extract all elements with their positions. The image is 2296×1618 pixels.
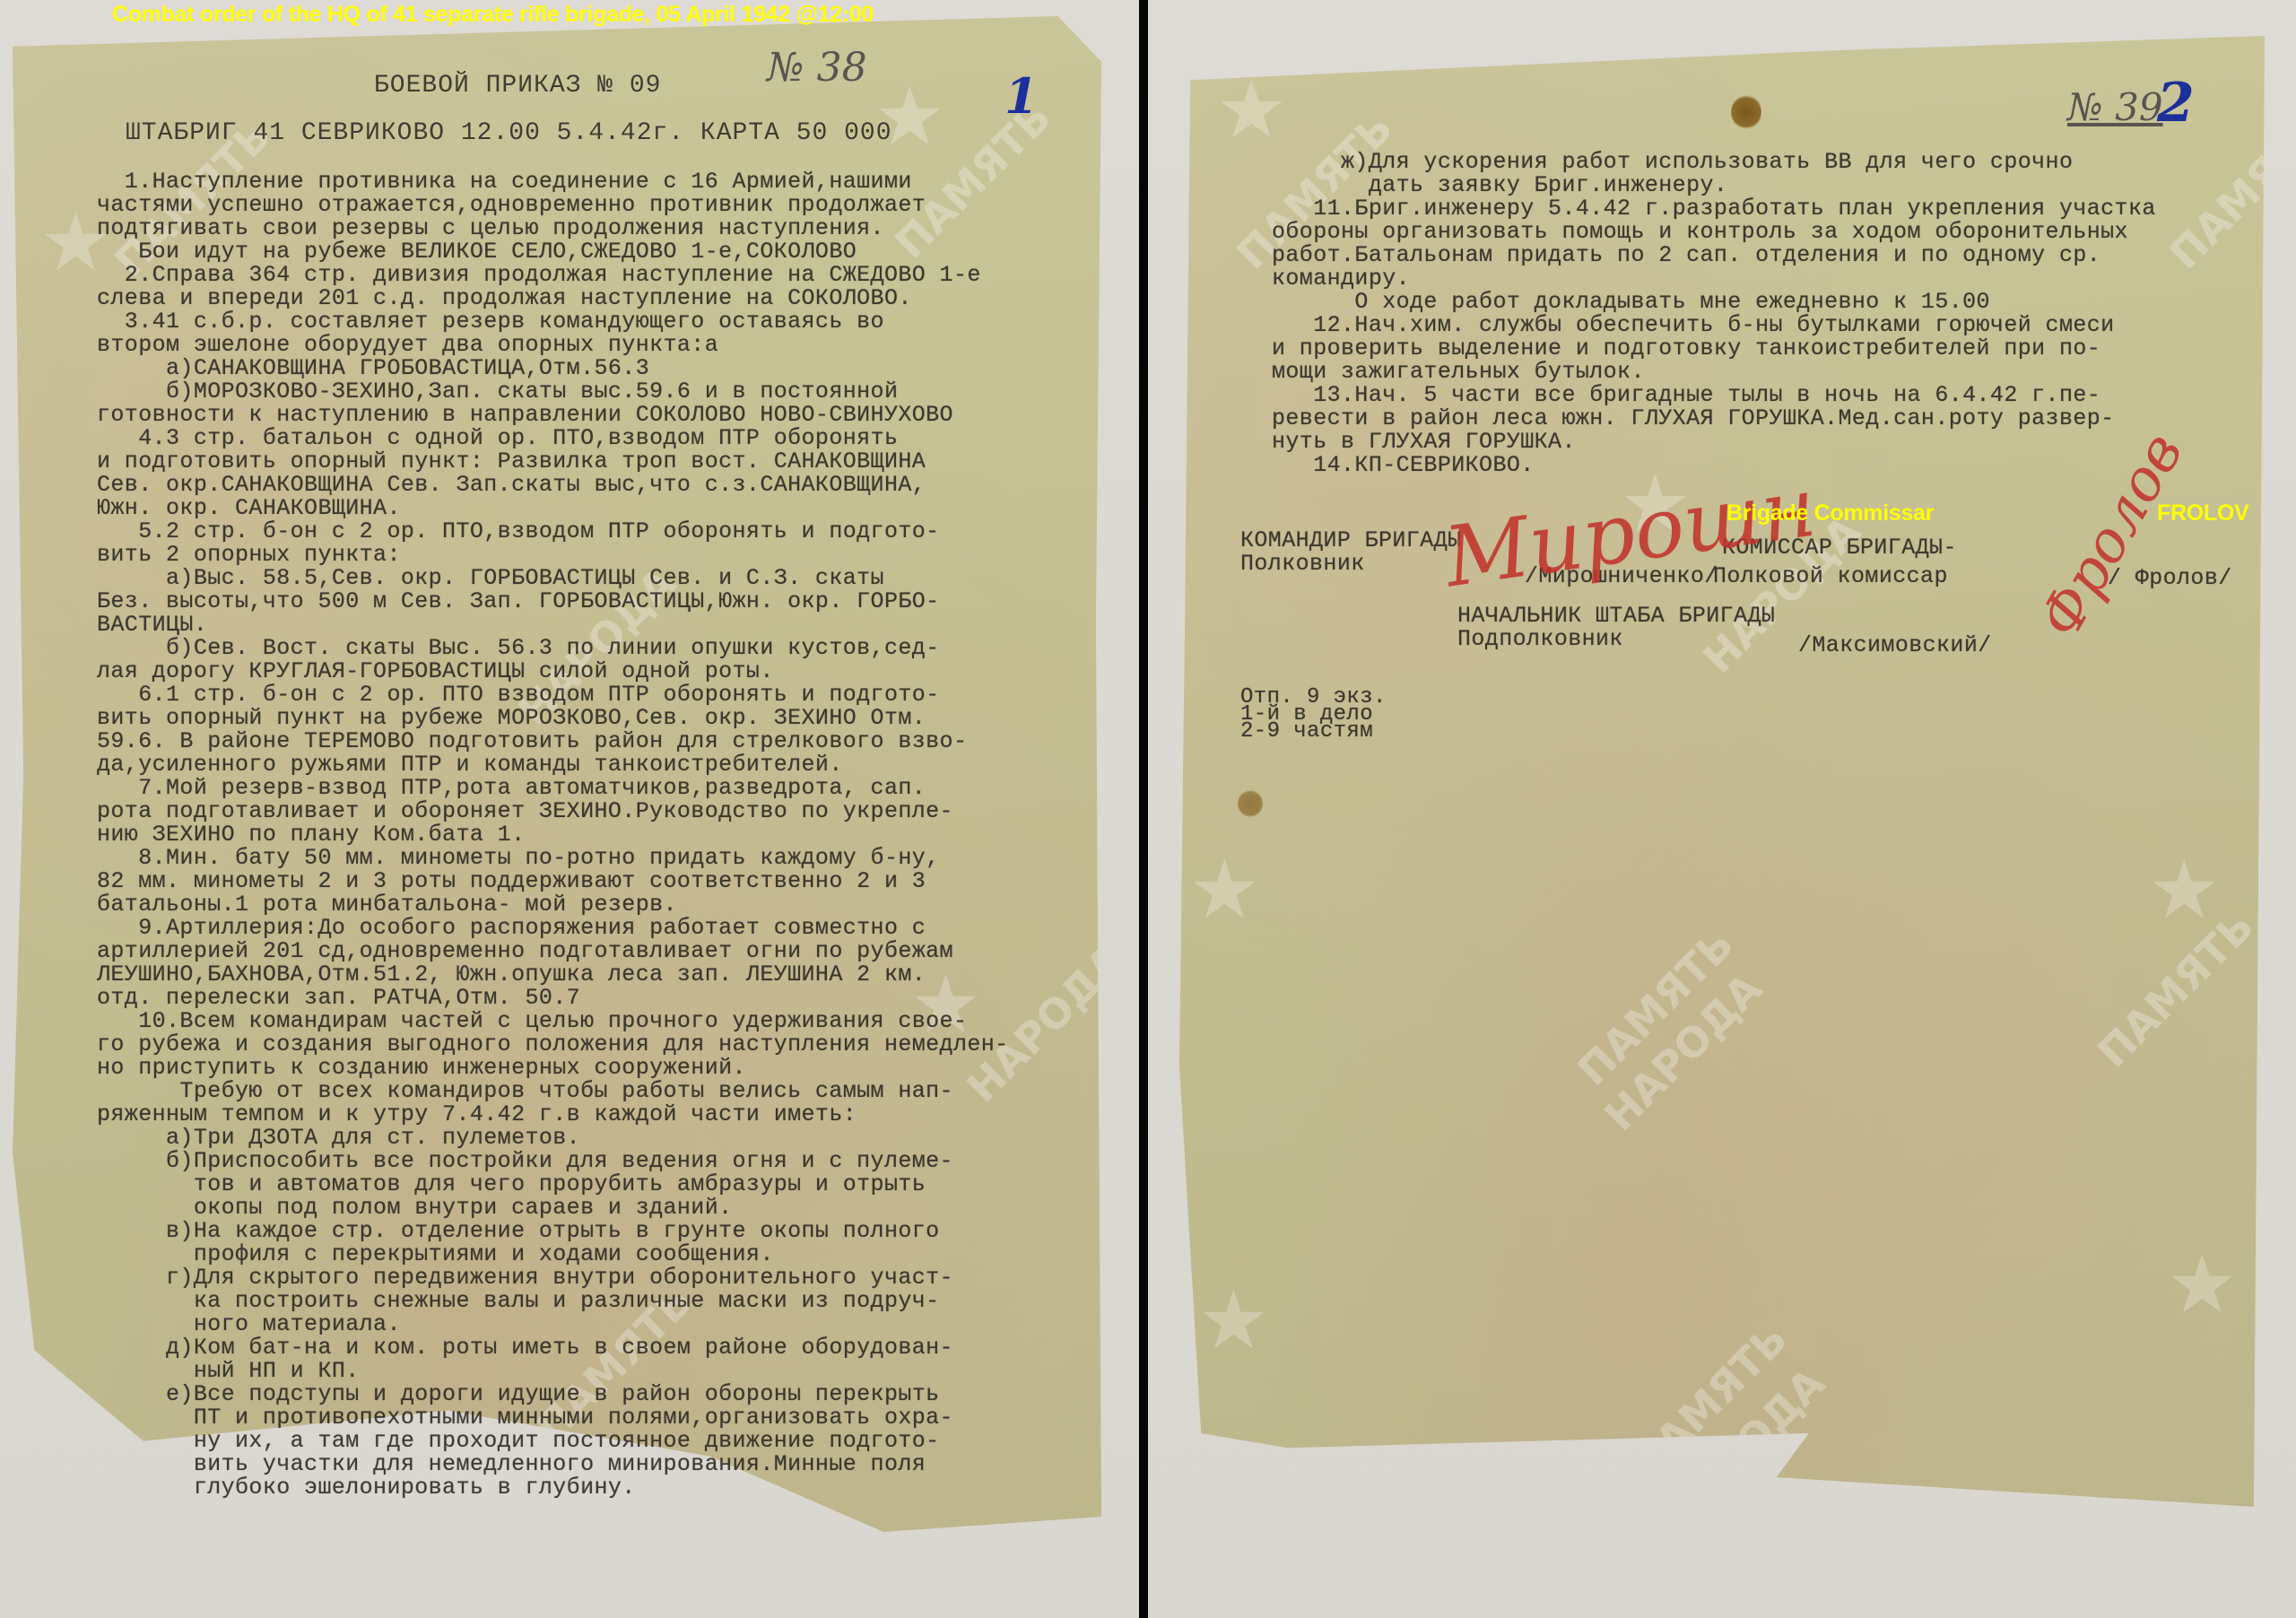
chief-of-staff-name: /Максимовский/ — [1798, 634, 1992, 657]
text-line: глубоко эшелонировать в глубину. — [97, 1476, 1009, 1500]
watermark-text: ПАМЯТЬ — [1570, 922, 1740, 1092]
text-line: ЛЕУШИНО,БАХНОВА,Отм.51.2, Южн.опушка лес… — [97, 963, 1009, 987]
page-divider — [1139, 0, 1148, 1618]
text-line: ВАСТИЦЫ. — [97, 613, 1009, 637]
text-line: и проверить выделение и подготовку танко… — [1272, 337, 2156, 361]
text-line: го рубежа и создания выгодного положения… — [97, 1033, 1009, 1057]
text-line: рота подготавливает и обороняет ЗЕХИНО.Р… — [97, 800, 1009, 823]
text-line: 6.1 стр. б-он с 2 ор. ПТО взводом ПТР об… — [97, 683, 1009, 707]
caption-header: Combat order of the HQ of 41 separate ri… — [112, 2, 874, 28]
watermark-star-icon: ★ — [1188, 843, 1261, 937]
ink-stain — [1731, 94, 1761, 130]
ink-stain — [1238, 789, 1263, 818]
text-line: Без. высоты,что 500 м Сев. Зап. ГОРБОВАС… — [97, 590, 1009, 613]
text-line: б)Приспособить все постройки для ведения… — [97, 1150, 1009, 1173]
text-line: командиру. — [1272, 267, 2156, 291]
page-2-body: ж)Для ускорения работ использовать ВВ дл… — [1272, 151, 2156, 477]
text-line: да,усиленного ружьями ПТР и команды танк… — [97, 753, 1009, 777]
text-line: 1.Наступление противника на соединение с… — [97, 170, 1009, 194]
text-line: вить опорный пункт на рубеже МОРОЗКОВО,С… — [97, 707, 1009, 730]
caption-commissar-name: FROLOV — [2157, 500, 2248, 526]
text-line: артиллерией 201 сд,одновременно подготав… — [97, 940, 1009, 963]
text-line: отд. перелески зап. РАТЧА,Отм. 50.7 — [97, 987, 1009, 1010]
text-line: 3.41 с.б.р. составляет резерв командующе… — [97, 310, 1009, 334]
text-line: 7.Мой резерв-взвод ПТР,рота автоматчиков… — [97, 777, 1009, 800]
watermark-star-icon: ★ — [874, 70, 946, 164]
text-line: ПТ и противопехотными минными полями,орг… — [97, 1406, 1009, 1430]
text-line: нуть в ГЛУХАЯ ГОРУШКА. — [1272, 431, 2156, 454]
order-header-line: ШТАБРИГ 41 СЕВРИКОВО 12.00 5.4.42г. КАРТ… — [126, 119, 892, 147]
text-line: вить 2 опорных пункта: — [97, 544, 1009, 567]
text-line: ного материала. — [97, 1313, 1009, 1336]
text-line: втором эшелоне оборудует два опорных пун… — [97, 334, 1009, 357]
text-line: обороны организовать помощь и контроль з… — [1272, 221, 2156, 244]
text-line: частями успешно отражается,одновременно … — [97, 194, 1009, 217]
chief-of-staff-rank: Подполковник — [1457, 628, 1623, 651]
text-line: 82 мм. минометы 2 и 3 роты поддерживают … — [97, 870, 1009, 893]
text-line: 12.Нач.хим. службы обеспечить б-ны бутыл… — [1272, 314, 2156, 337]
text-line: вить участки для немедленного минировани… — [97, 1453, 1009, 1476]
text-line: г)Для скрытого передвижения внутри оборо… — [97, 1266, 1009, 1290]
archive-number: № 39 — [2067, 85, 2163, 129]
text-line: а)Выс. 58.5,Сев. окр. ГОРБОВАСТИЦЫ Сев. … — [97, 567, 1009, 590]
page-mark: 1 — [1004, 67, 1039, 125]
text-line: дать заявку Бриг.инженеру. — [1272, 174, 2156, 197]
text-line: в)На каждое стр. отделение отрыть в грун… — [97, 1220, 1009, 1243]
text-line: 9.Артиллерия:До особого распоряжения раб… — [97, 917, 1009, 940]
archive-number: № 38 — [767, 45, 867, 91]
text-line: ряженным темпом и к утру 7.4.42 г.в кажд… — [97, 1103, 1009, 1127]
text-line: батальоны.1 рота минбатальона- мой резер… — [97, 893, 1009, 917]
text-line: ный НП и КП. — [97, 1360, 1009, 1383]
commander-rank: Полковник — [1240, 552, 1365, 576]
text-line: ревести в район леса южн. ГЛУХАЯ ГОРУШКА… — [1272, 407, 2156, 431]
text-line: Южн. окр. САНАКОВЩИНА. — [97, 497, 1009, 520]
watermark-star-icon: ★ — [1197, 1274, 1270, 1368]
text-line: б)Сев. Вост. скаты Выс. 56.3 по линии оп… — [97, 637, 1009, 660]
text-line: 13.Нач. 5 части все бригадные тылы в ноч… — [1272, 384, 2156, 407]
caption-commissar-label: Brigade Commissar — [1726, 500, 1934, 526]
text-line: готовности к наступлению в направлении С… — [97, 404, 1009, 427]
text-line: а)САНАКОВЩИНА ГРОБОВАСТИЦА,Отм.56.3 — [97, 357, 1009, 380]
text-line: О ходе работ докладывать мне ежедневно к… — [1272, 291, 2156, 314]
text-line: 5.2 стр. б-он с 2 ор. ПТО,взводом ПТР об… — [97, 520, 1009, 544]
text-line: работ.Батальонам придать по 2 сап. отдел… — [1272, 244, 2156, 267]
text-line: а)Три ДЗОТА для ст. пулеметов. — [97, 1127, 1009, 1150]
text-line: 8.Мин. бату 50 мм. минометы по-ротно при… — [97, 847, 1009, 870]
order-title: БОЕВОЙ ПРИКАЗ № 09 — [374, 72, 661, 100]
commissar-rank: Полковой комиссар — [1713, 565, 1948, 588]
page-1-body: 1.Наступление противника на соединение с… — [97, 170, 1009, 1500]
text-line: профиля с перекрытиями и ходами сообщени… — [97, 1243, 1009, 1266]
text-line: лая дорогу КРУГЛАЯ-ГОРБОВАСТИЦЫ силой од… — [97, 660, 1009, 683]
text-line: е)Все подступы и дороги идущие в район о… — [97, 1383, 1009, 1406]
text-line: слева и впереди 201 с.д. продолжая насту… — [97, 287, 1009, 310]
text-line: 59.6. В районе ТЕРЕМОВО подготовить райо… — [97, 730, 1009, 753]
text-line: ну их, а там где проходит постоянное дви… — [97, 1430, 1009, 1453]
text-line: д)Ком бат-на и ком. роты иметь в своем р… — [97, 1336, 1009, 1360]
watermark-text: НАРОДА — [1597, 967, 1769, 1138]
text-line: ж)Для ускорения работ использовать ВВ дл… — [1272, 151, 2156, 174]
text-line: Бои идут на рубеже ВЕЛИКОЕ СЕЛО,СЖЕДОВО … — [97, 240, 1009, 264]
chief-of-staff-title: НАЧАЛЬНИК ШТАБА БРИГАДЫ — [1457, 605, 1775, 628]
text-line: тов и автоматов для чего прорубить амбра… — [97, 1173, 1009, 1196]
text-line: нию ЗЕХИНО по плану Ком.бата 1. — [97, 823, 1009, 847]
text-line: 11.Бриг.инженеру 5.4.42 г.разработать пл… — [1272, 197, 2156, 221]
text-line: 2-9 частям — [1240, 723, 1387, 740]
page-mark: 2 — [2157, 72, 2195, 135]
text-line: Сев. окр.САНАКОВЩИНА Сев. Зап.скаты выс,… — [97, 474, 1009, 497]
text-line: б)МОРОЗКОВО-ЗЕХИНО,Зап. скаты выс.59.6 и… — [97, 380, 1009, 404]
text-line: мощи зажигательных бутылок. — [1272, 361, 2156, 384]
text-line: Требую от всех командиров чтобы работы в… — [97, 1080, 1009, 1103]
text-line: но приступить к созданию инженерных соор… — [97, 1057, 1009, 1080]
text-line: 10.Всем командирам частей с целью прочно… — [97, 1010, 1009, 1033]
commander-title: КОМАНДИР БРИГАДЫ — [1240, 529, 1461, 552]
text-line: подтягивать свои резервы с целью продолж… — [97, 217, 1009, 240]
distribution-note: Отп. 9 экз.1-й в дело2-9 частям — [1240, 689, 1387, 740]
text-line: и подготовить опорный пункт: Развилка тр… — [97, 450, 1009, 474]
text-line: окопы под полом внутри сараев и зданий. — [97, 1196, 1009, 1220]
watermark-star-icon: ★ — [2166, 1238, 2239, 1332]
watermark-star-icon: ★ — [2148, 843, 2221, 937]
text-line: ка построить снежные валы и различные ма… — [97, 1290, 1009, 1313]
text-line: 4.3 стр. батальон с одной ор. ПТО,взводо… — [97, 427, 1009, 450]
text-line: 2.Справа 364 стр. дивизия продолжая наст… — [97, 264, 1009, 287]
